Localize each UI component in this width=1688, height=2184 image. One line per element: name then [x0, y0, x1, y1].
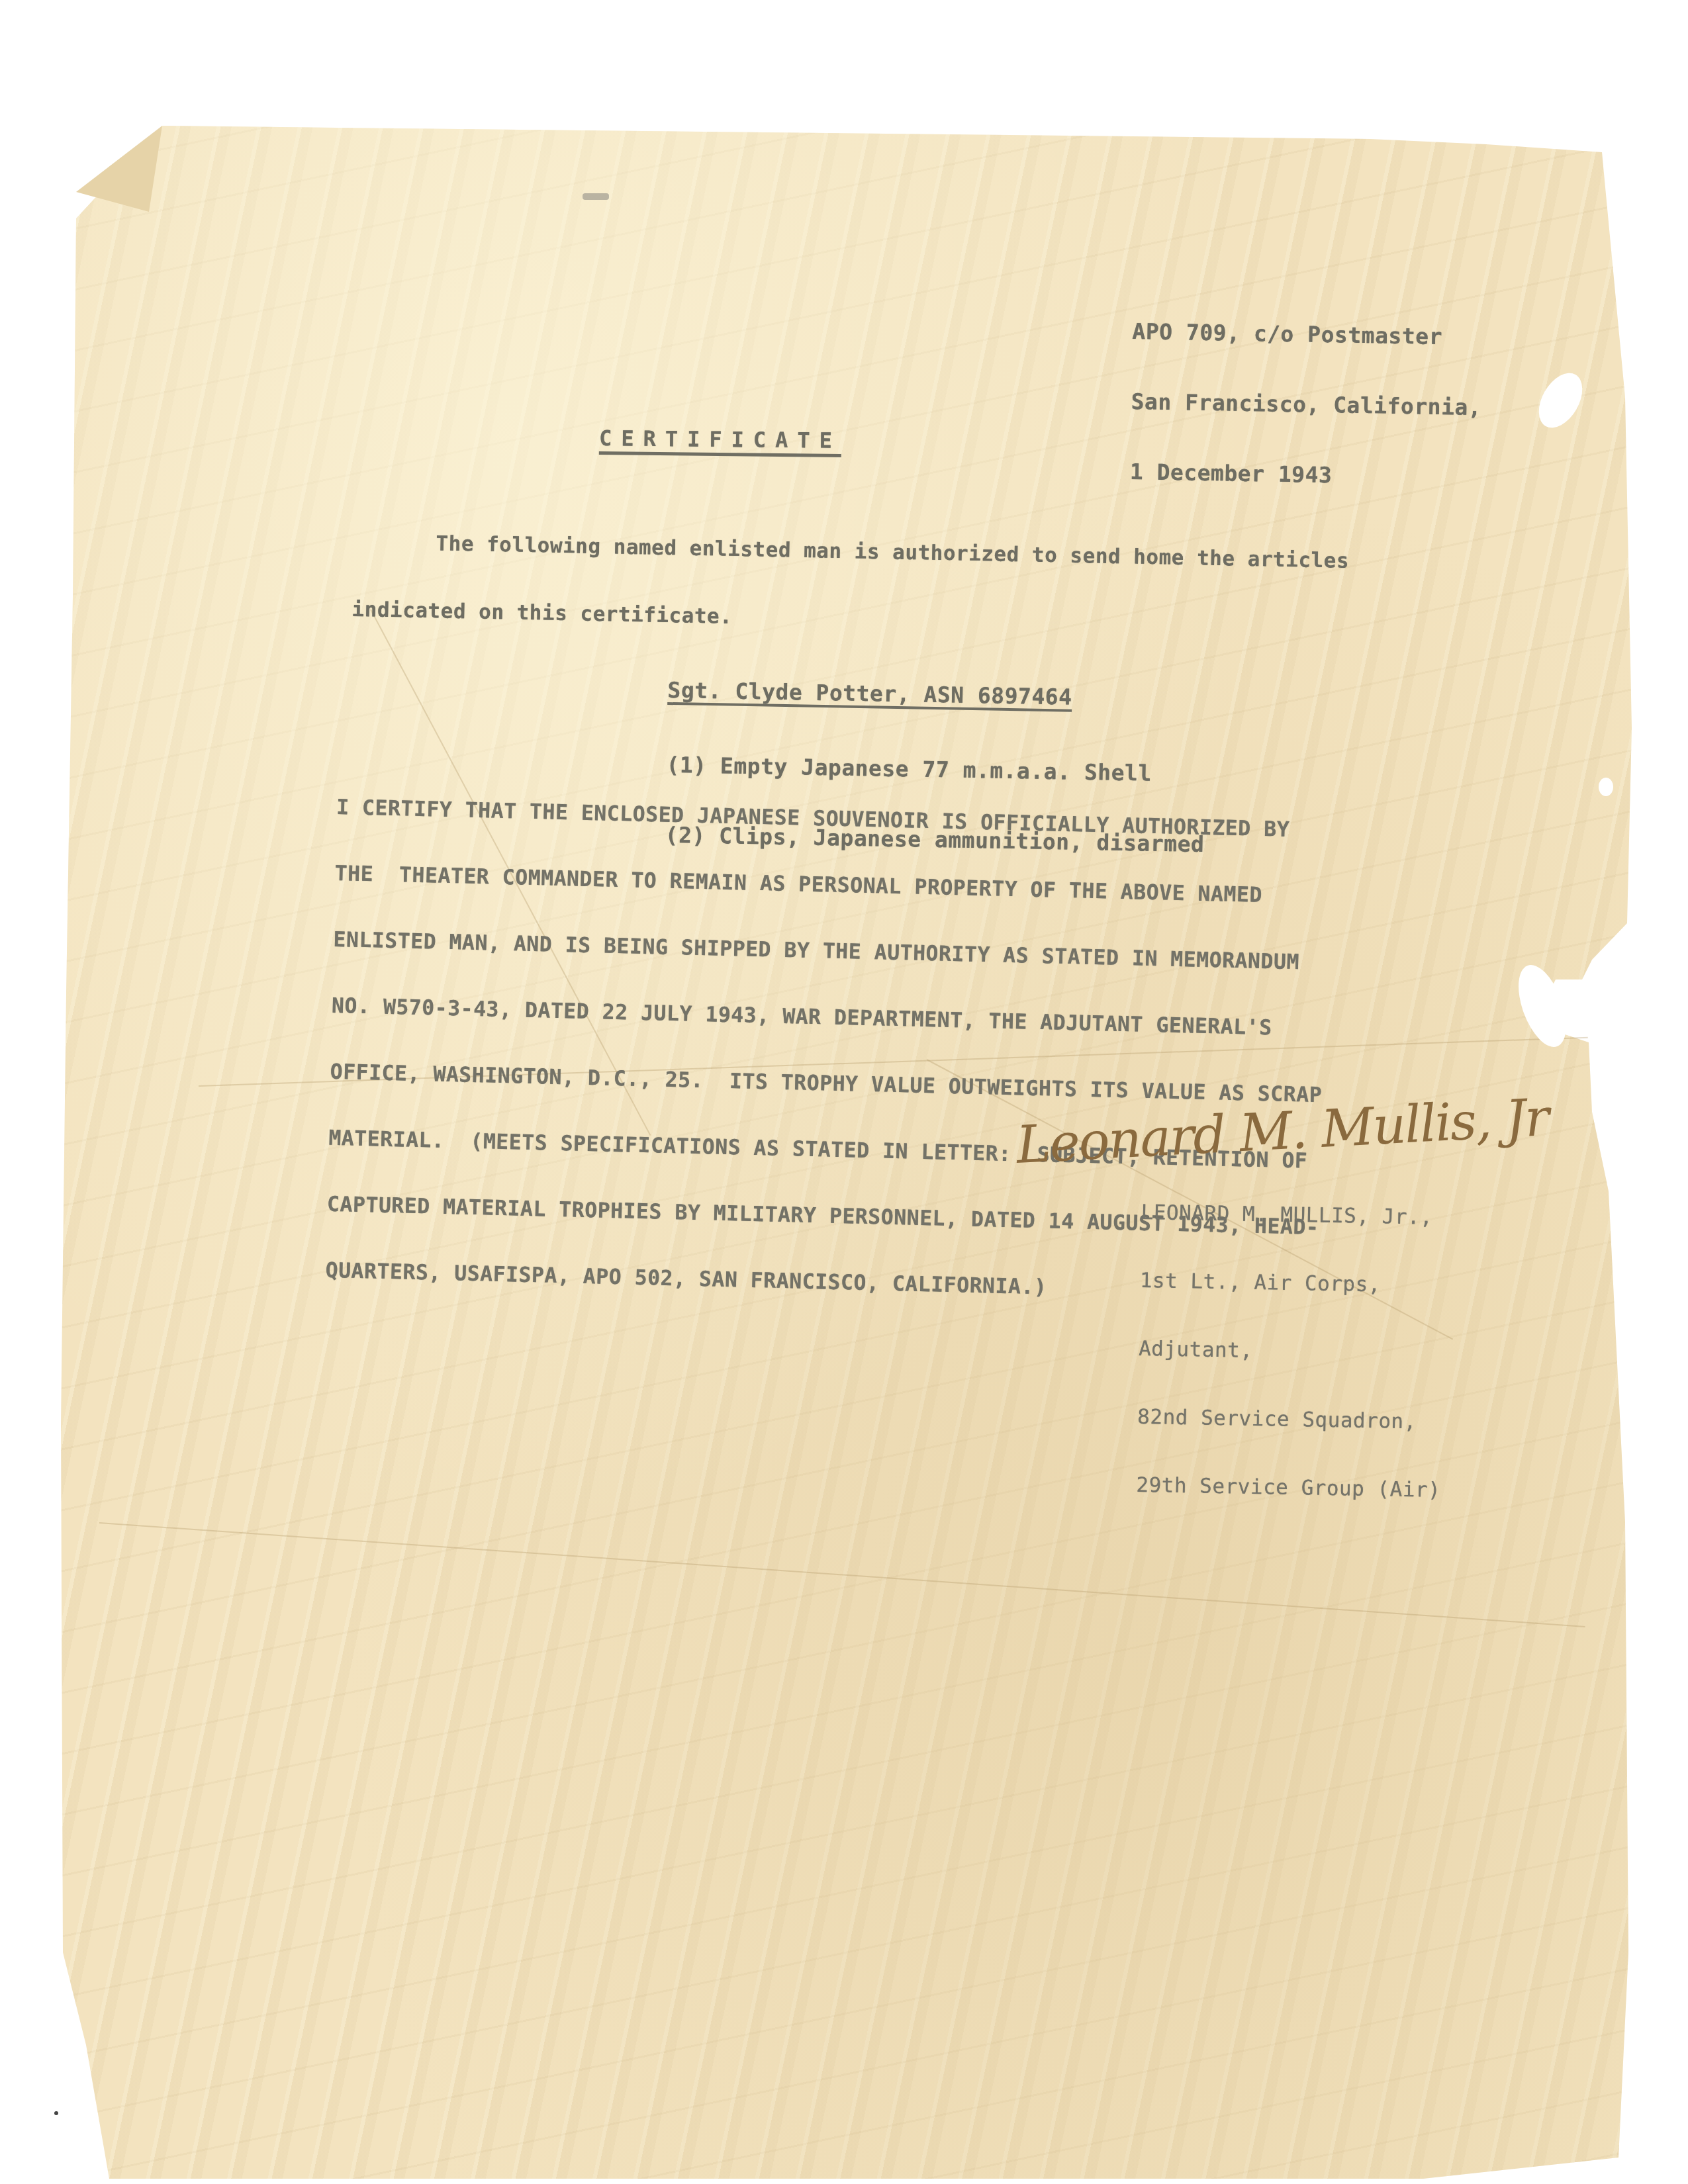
paper-tear-hole	[1599, 778, 1613, 796]
address-line-2: San Francisco, California,	[1131, 390, 1481, 423]
certification-line: THE THEATER COMMANDER TO REMAIN AS PERSO…	[334, 864, 1327, 911]
signer-group: 29th Service Group (Air)	[1136, 1475, 1441, 1508]
signer-rank: 1st Lt., Air Corps,	[1139, 1271, 1444, 1303]
certification-line: NO. W570-3-43, DATED 22 JULY 1943, WAR D…	[332, 996, 1324, 1044]
header-address: APO 709, c/o Postmaster San Francisco, C…	[1129, 277, 1484, 515]
certification-line: I CERTIFY THAT THE ENCLOSED JAPANESE SOU…	[336, 797, 1329, 845]
page-title: CERTIFICATE	[599, 428, 841, 457]
document-date: 1 December 1943	[1129, 461, 1480, 493]
certification-line: OFFICE, WASHINGTON, D.C., 25. ITS TROPHY…	[330, 1062, 1322, 1110]
scan-speck	[54, 2111, 58, 2115]
certification-line: ENLISTED MAN, AND IS BEING SHIPPED BY TH…	[333, 930, 1325, 978]
signature-block: LEONARD M. MULLIS, Jr., 1st Lt., Air Cor…	[1135, 1161, 1446, 1528]
signer-title: Adjutant,	[1139, 1339, 1444, 1371]
signer-name: LEONARD M. MULLIS, Jr.,	[1141, 1203, 1446, 1235]
address-line-1: APO 709, c/o Postmaster	[1132, 320, 1483, 353]
signer-squadron: 82nd Service Squadron,	[1137, 1407, 1442, 1439]
intro-line-1: The following named enlisted man is auth…	[353, 532, 1349, 578]
recipient-name: Sgt. Clyde Potter, ASN 6897464	[667, 679, 1072, 712]
ink-smudge	[583, 193, 609, 200]
